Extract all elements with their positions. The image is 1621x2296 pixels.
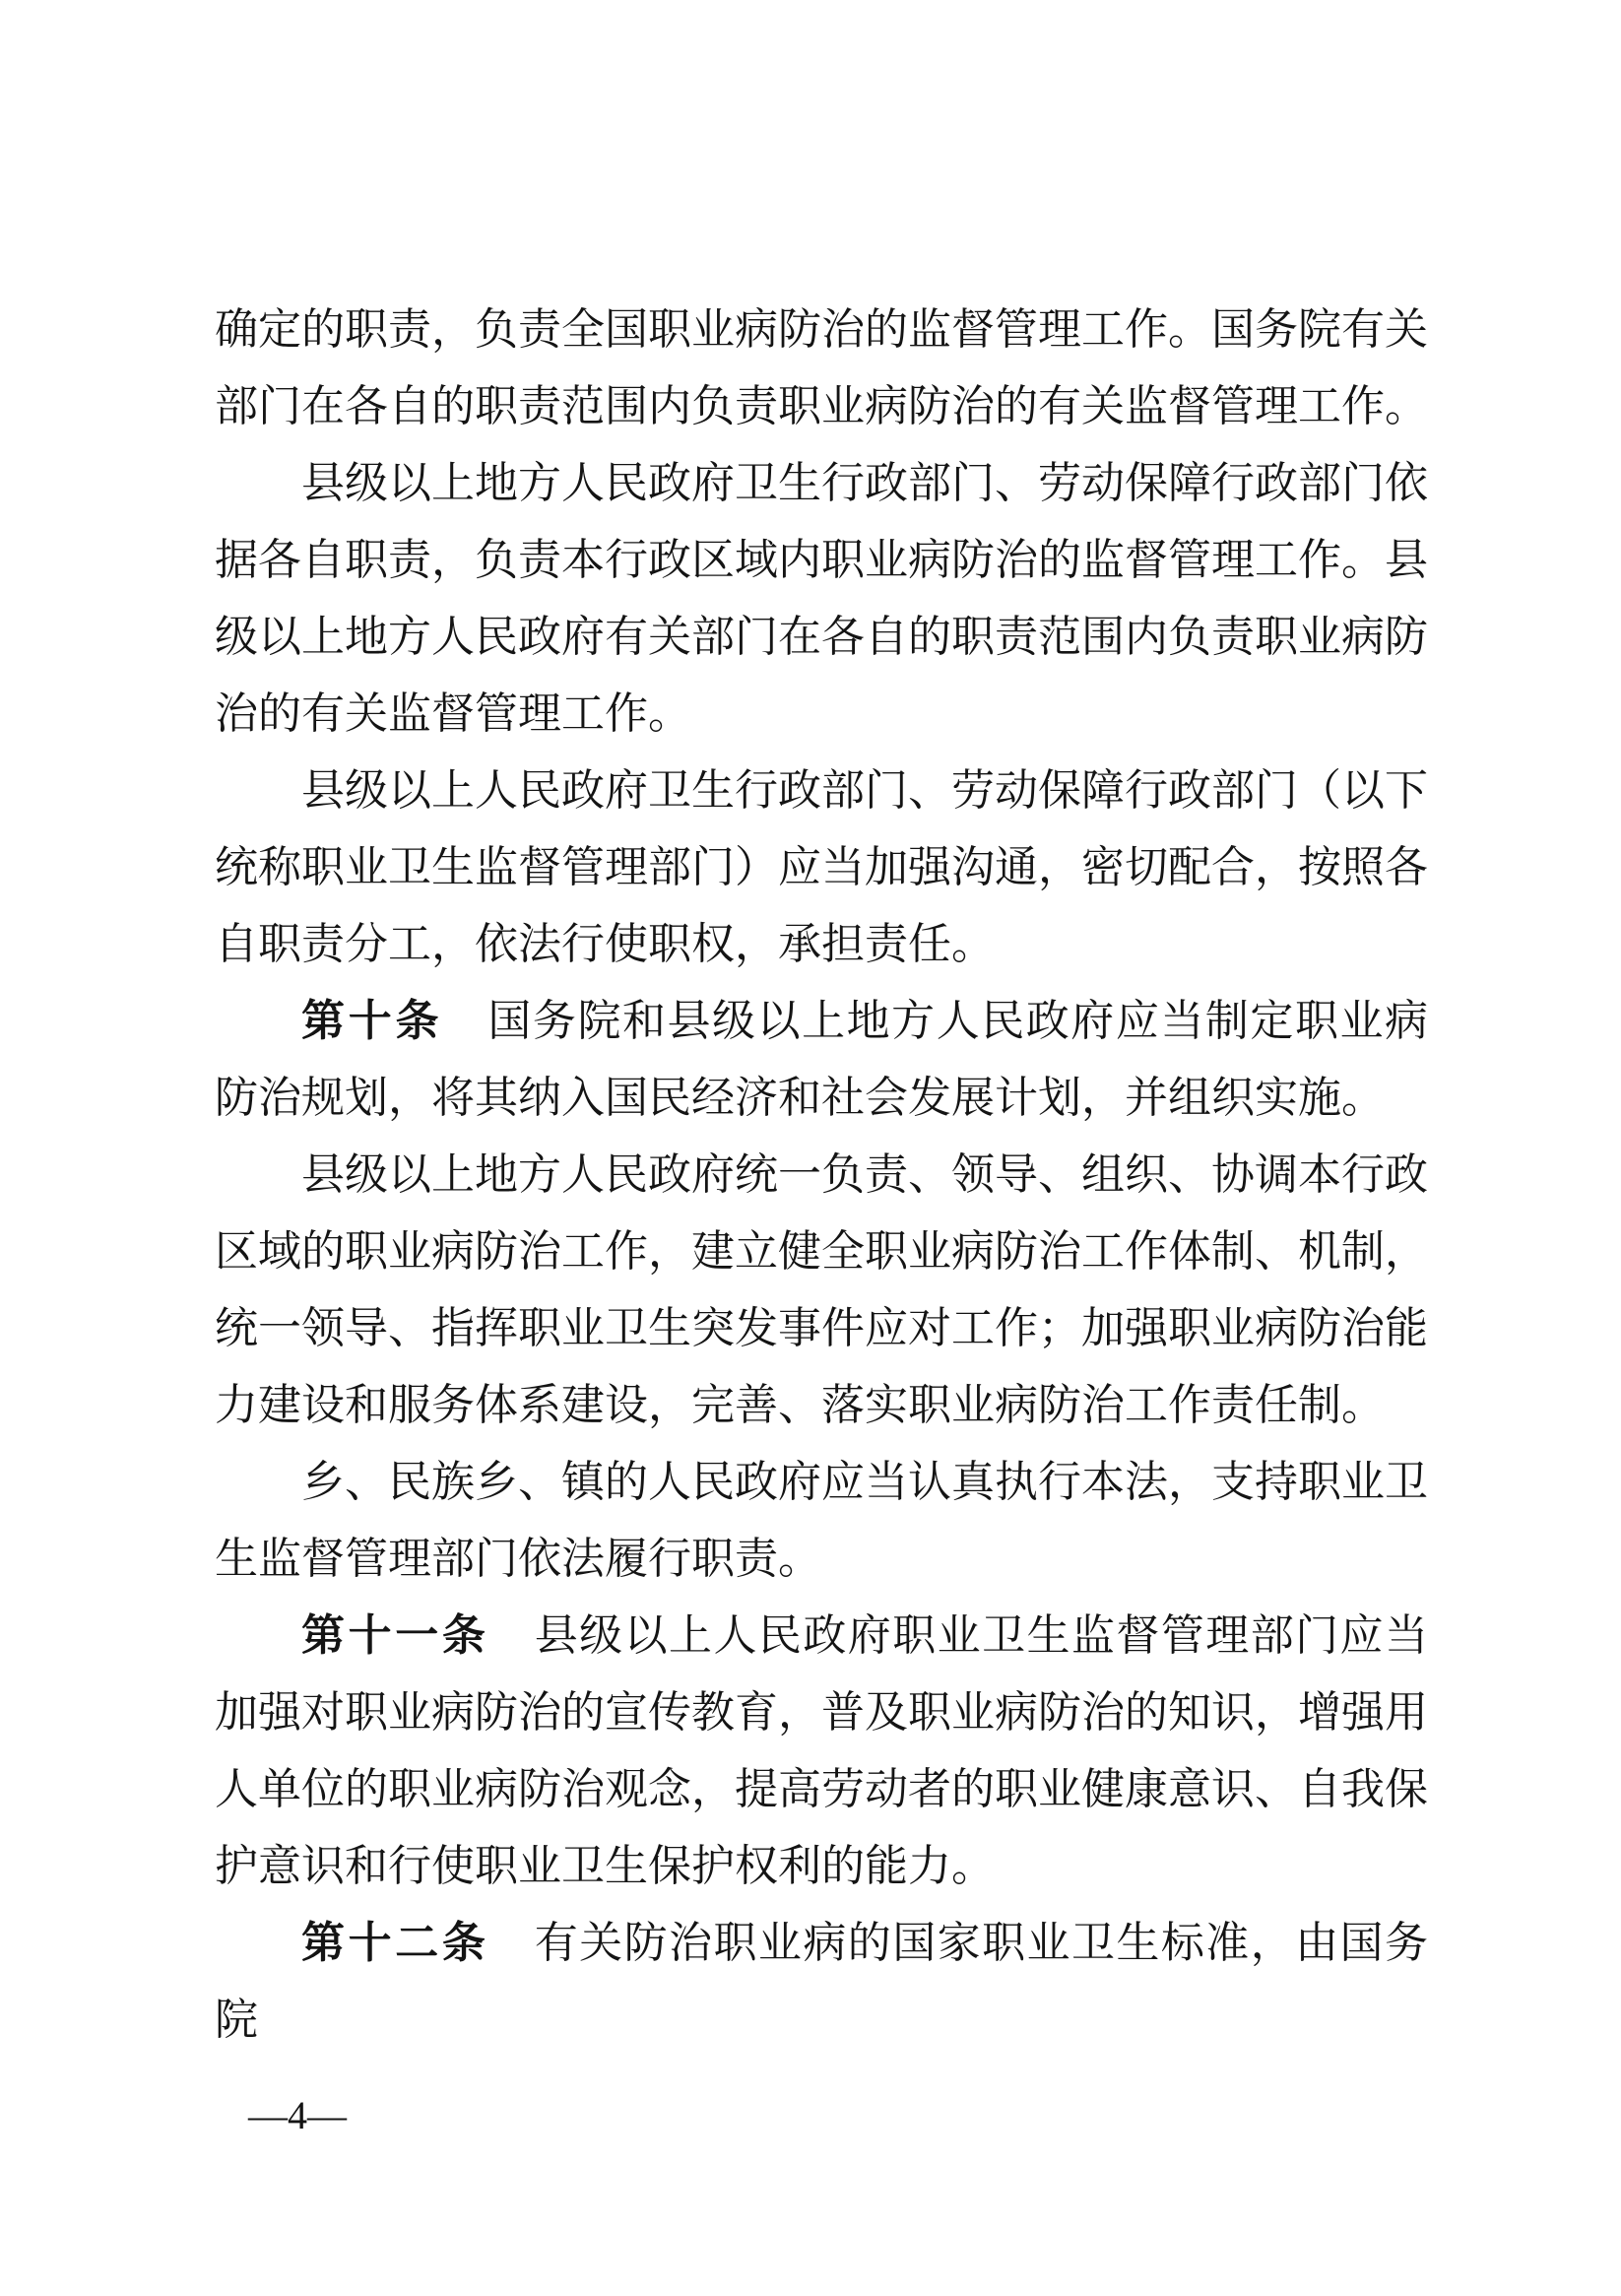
paragraph-6: 乡、民族乡、镇的人民政府应当认真执行本法，支持职业卫生监督管理部门依法履行职责。 (215, 1444, 1428, 1598)
paragraph-article-11: 第十一条县级以上人民政府职业卫生监督管理部门应当加强对职业病防治的宣传教育，普及… (215, 1598, 1428, 1905)
article-11-label: 第十一条 (301, 1611, 489, 1660)
paragraph-article-10: 第十条国务院和县级以上地方人民政府应当制定职业病防治规划，将其纳入国民经济和社会… (215, 983, 1428, 1137)
document-page: 确定的职责，负责全国职业病防治的监督管理工作。国务院有关部门在各自的职责范围内负… (0, 0, 1621, 2296)
paragraph-text: 确定的职责，负责全国职业病防治的监督管理工作。国务院有关部门在各自的职责范围内负… (215, 305, 1428, 430)
paragraph-text: 乡、民族乡、镇的人民政府应当认真执行本法，支持职业卫生监督管理部门依法履行职责。 (215, 1458, 1428, 1583)
paragraph-text: 县级以上人民政府卫生行政部门、劳动保障行政部门（以下统称职业卫生监督管理部门）应… (215, 766, 1428, 968)
paragraph-2: 县级以上地方人民政府卫生行政部门、劳动保障行政部门依据各自职责，负责本行政区域内… (215, 445, 1428, 753)
paragraph-5: 县级以上地方人民政府统一负责、领导、组织、协调本行政区域的职业病防治工作，建立健… (215, 1137, 1428, 1444)
paragraph-text: 县级以上地方人民政府卫生行政部门、劳动保障行政部门依据各自职责，负责本行政区域内… (215, 459, 1428, 738)
paragraph-article-12: 第十二条有关防治职业病的国家职业卫生标准，由国务院 (215, 1905, 1428, 2059)
article-10-label: 第十条 (301, 997, 442, 1045)
page-number: —4— (248, 2092, 347, 2139)
article-12-label: 第十二条 (301, 1919, 489, 1967)
document-body: 确定的职责，负责全国职业病防治的监督管理工作。国务院有关部门在各自的职责范围内负… (215, 292, 1428, 2059)
paragraph-continuation: 确定的职责，负责全国职业病防治的监督管理工作。国务院有关部门在各自的职责范围内负… (215, 292, 1428, 445)
paragraph-text: 县级以上地方人民政府统一负责、领导、组织、协调本行政区域的职业病防治工作，建立健… (215, 1150, 1428, 1429)
paragraph-3: 县级以上人民政府卫生行政部门、劳动保障行政部门（以下统称职业卫生监督管理部门）应… (215, 753, 1428, 983)
